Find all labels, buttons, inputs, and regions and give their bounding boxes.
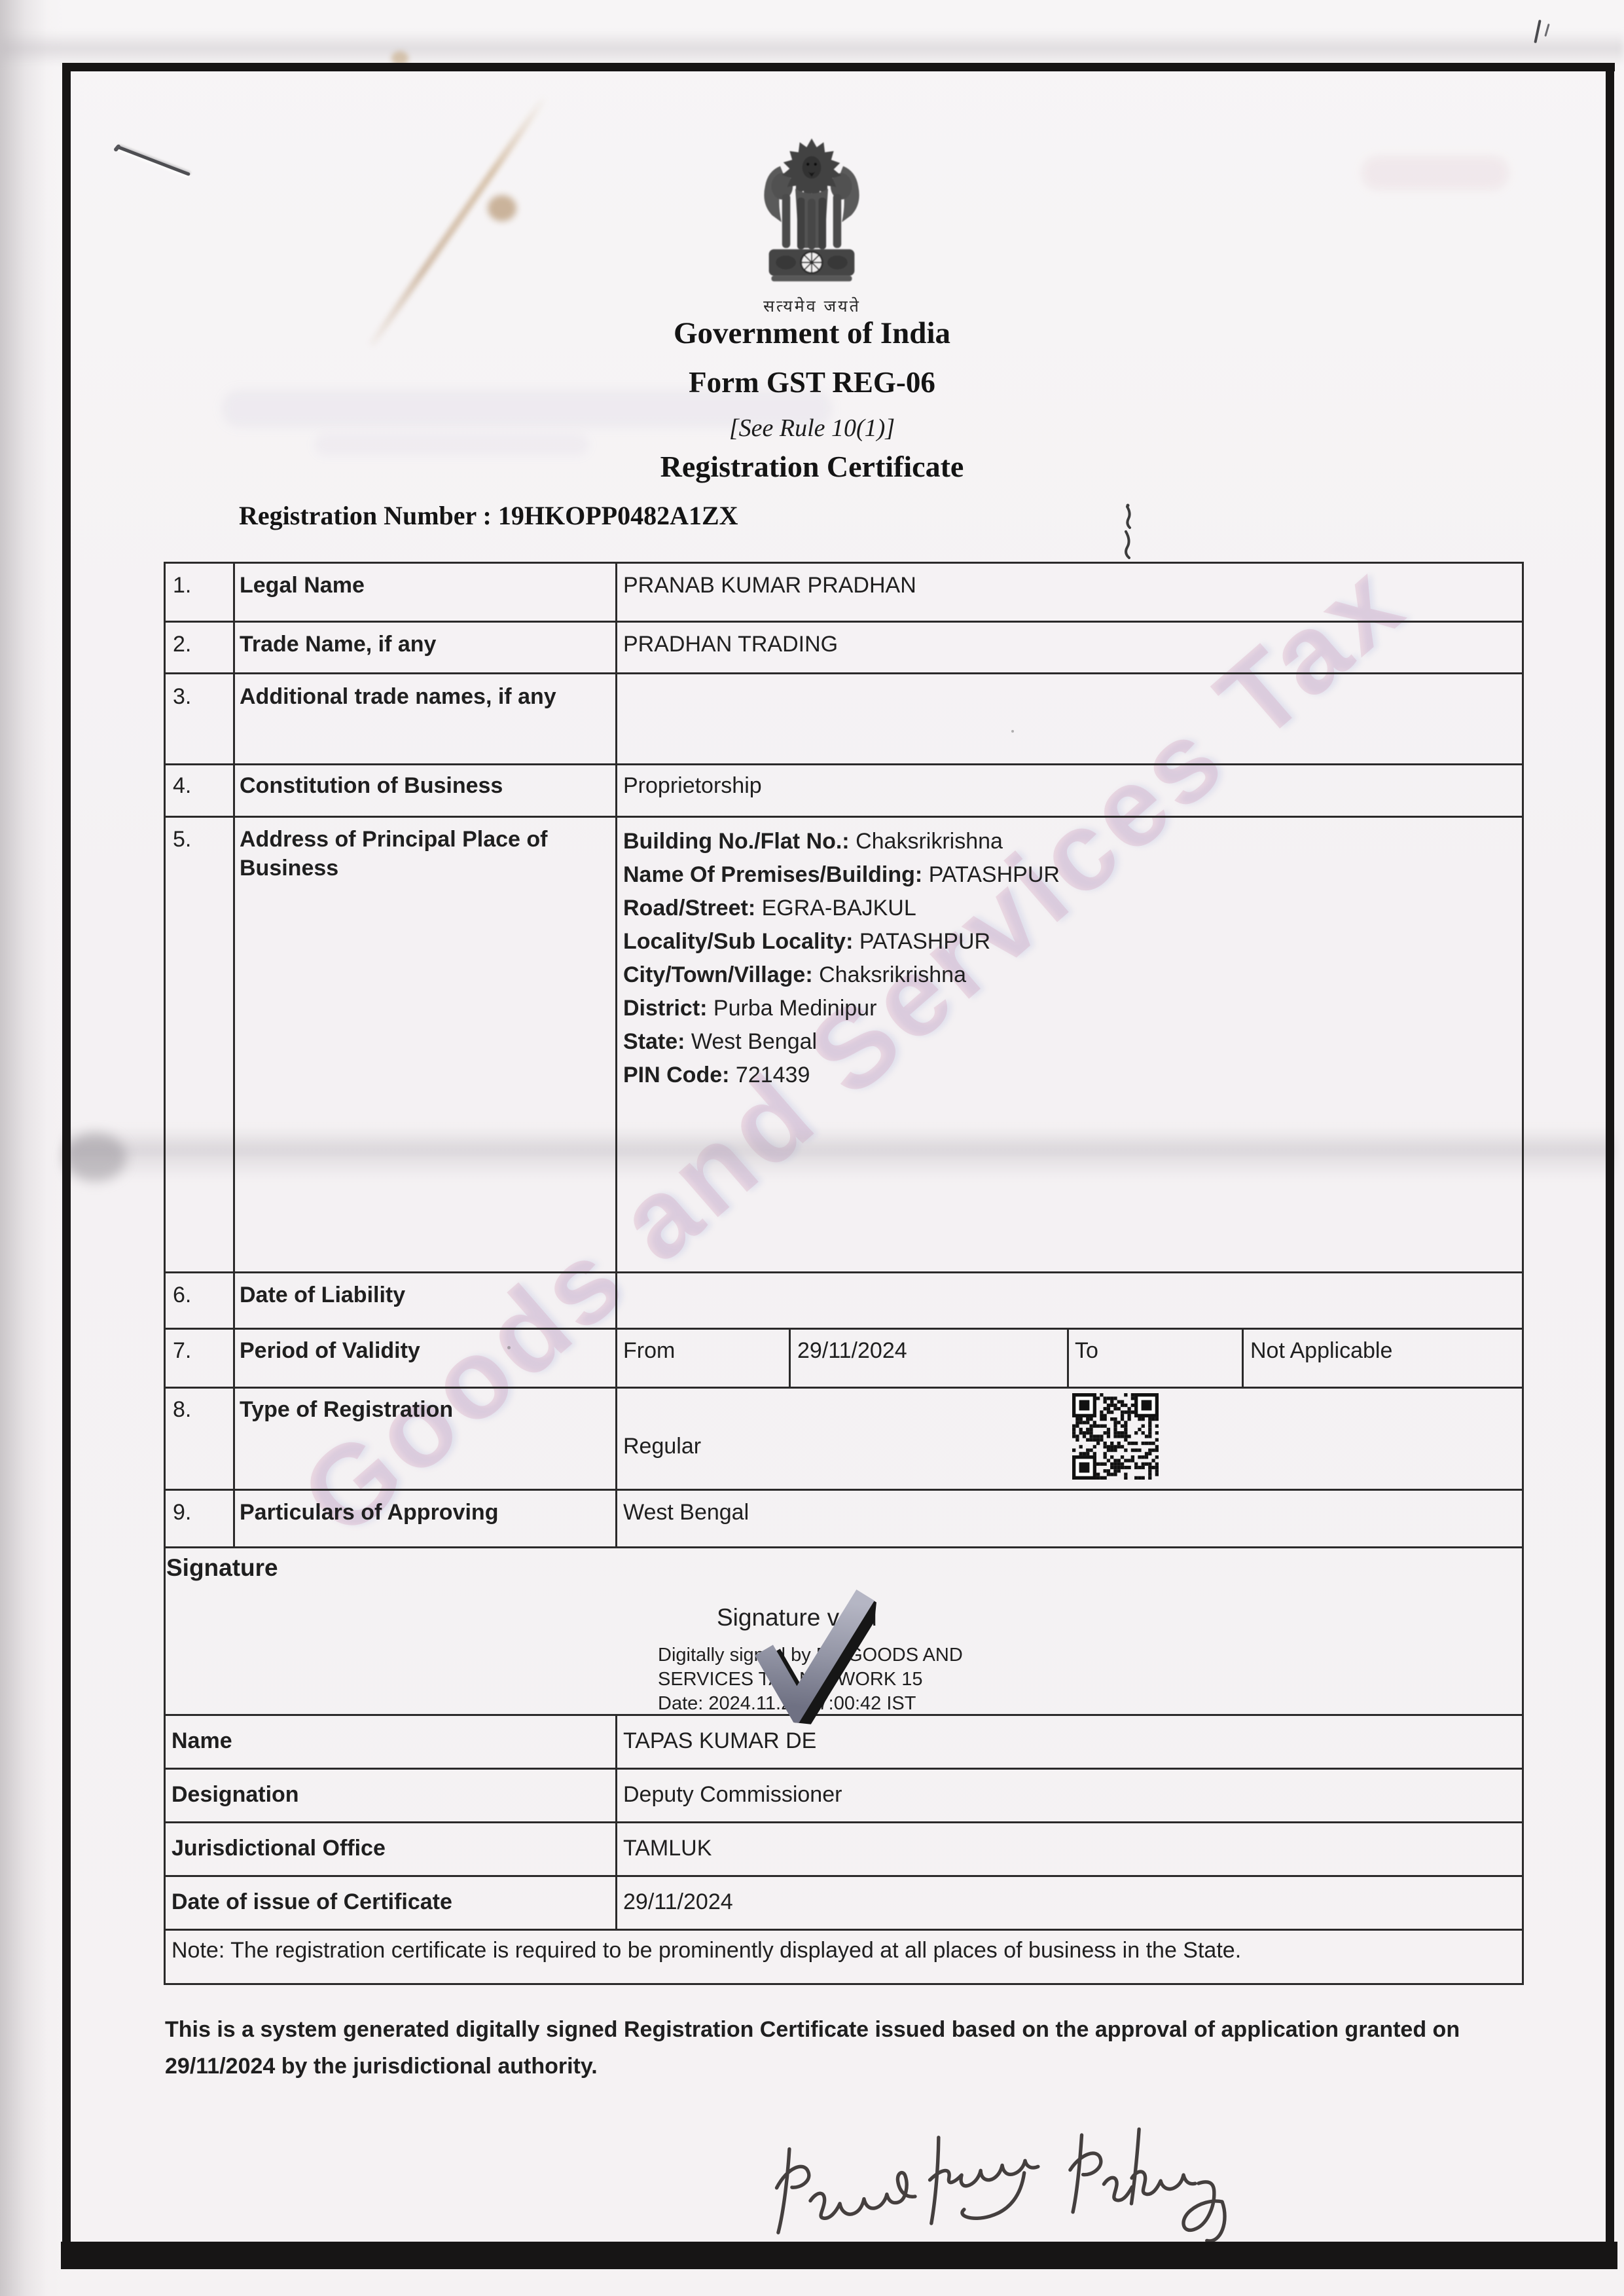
table-border bbox=[164, 1768, 1524, 1770]
registration-number-line: Registration Number : 19HKOPP0482A1ZX bbox=[239, 500, 738, 531]
row-constitution-number: 4. bbox=[173, 771, 219, 800]
note-text: Note: The registration certificate is re… bbox=[171, 1938, 1513, 1963]
frame-bottom-band bbox=[61, 2242, 1617, 2269]
footer-statement: This is a system generated digitally sig… bbox=[165, 2011, 1523, 2085]
row-registration-type-number: 8. bbox=[173, 1395, 219, 1424]
brown-blob-stain bbox=[488, 195, 516, 221]
row-trade-name-label: Trade Name, if any bbox=[240, 630, 606, 659]
validity-to-label: To bbox=[1075, 1336, 1232, 1365]
row-approving-number: 9. bbox=[173, 1498, 219, 1527]
paper-fleck bbox=[1011, 730, 1014, 733]
address-line: Road/Street: EGRA-BAJKUL bbox=[623, 892, 1513, 925]
frame-top-border bbox=[62, 63, 1615, 71]
row-legal-name-label: Legal Name bbox=[240, 571, 606, 600]
row-constitution-value: Proprietorship bbox=[623, 771, 1507, 800]
validity-to-value: Not Applicable bbox=[1250, 1336, 1512, 1365]
row-address-label: Address of Principal Place of Business bbox=[240, 825, 606, 883]
name-value: TAPAS KUMAR DE bbox=[623, 1728, 1507, 1754]
row-constitution-label: Constitution of Business bbox=[240, 771, 606, 800]
table-border bbox=[164, 1929, 1524, 1931]
pen-squiggle-mark bbox=[1114, 503, 1140, 565]
row-trade-name-number: 2. bbox=[173, 630, 219, 659]
row-additional-trade-names-label: Additional trade names, if any bbox=[240, 682, 606, 711]
page-title: Government of India bbox=[0, 316, 1624, 351]
scanned-certificate-page: Goods and Services Tax bbox=[0, 0, 1624, 2296]
address-line: City/Town/Village: Chaksrikrishna bbox=[623, 958, 1513, 992]
jurisdictional-office-label: Jurisdictional Office bbox=[171, 1836, 604, 1861]
table-border bbox=[164, 672, 1524, 674]
table-border bbox=[1242, 1328, 1244, 1387]
table-border bbox=[164, 621, 1524, 623]
table-border bbox=[164, 1546, 1524, 1548]
table-border bbox=[164, 1489, 1524, 1491]
table-border bbox=[164, 1271, 1524, 1273]
row-approving-value: West Bengal bbox=[623, 1498, 1507, 1527]
staple-mark bbox=[117, 145, 190, 176]
frame-left-border bbox=[62, 63, 71, 2243]
registration-number-label: Registration Number : bbox=[239, 501, 492, 530]
certificate-title: Registration Certificate bbox=[0, 449, 1624, 484]
table-border bbox=[164, 1387, 1524, 1389]
table-border bbox=[1067, 1328, 1069, 1387]
table-border bbox=[164, 1875, 1524, 1877]
qr-code bbox=[1072, 1393, 1159, 1480]
fold-crease-blotch bbox=[64, 1133, 126, 1182]
table-border bbox=[164, 562, 166, 1985]
row-date-of-liability-number: 6. bbox=[173, 1281, 219, 1309]
designation-label: Designation bbox=[171, 1782, 604, 1808]
address-line: Locality/Sub Locality: PATASHPUR bbox=[623, 925, 1513, 958]
address-line: Name Of Premises/Building: PATASHPUR bbox=[623, 858, 1513, 892]
registration-number-value: 19HKOPP0482A1ZX bbox=[498, 501, 738, 530]
middle-fold-crease bbox=[63, 1127, 1614, 1180]
table-border bbox=[164, 1983, 1524, 1985]
pink-smudge-top-right bbox=[1362, 156, 1509, 190]
row-additional-trade-names-number: 3. bbox=[173, 682, 219, 711]
table-border bbox=[164, 1328, 1524, 1330]
form-title: Form GST REG-06 bbox=[0, 365, 1624, 399]
emblem-caption: सत्यमेव जयते bbox=[0, 295, 1624, 317]
validity-from-label: From bbox=[623, 1336, 780, 1365]
row-trade-name-value: PRADHAN TRADING bbox=[623, 630, 1507, 659]
table-border bbox=[164, 1821, 1524, 1823]
row-registration-type-label: Type of Registration bbox=[240, 1395, 606, 1424]
table-border bbox=[789, 1328, 791, 1387]
address-line: State: West Bengal bbox=[623, 1025, 1513, 1059]
address-line: Building No./Flat No.: Chaksrikrishna bbox=[623, 825, 1513, 858]
date-of-issue-value: 29/11/2024 bbox=[623, 1889, 1507, 1915]
designation-value: Deputy Commissioner bbox=[623, 1782, 1507, 1808]
validity-from-value: 29/11/2024 bbox=[797, 1336, 1059, 1365]
india-emblem bbox=[742, 130, 881, 297]
address-line: District: Purba Medinipur bbox=[623, 992, 1513, 1025]
jurisdictional-office-value: TAMLUK bbox=[623, 1836, 1507, 1861]
row-validity-number: 7. bbox=[173, 1336, 219, 1365]
rule-reference: [See Rule 10(1)] bbox=[0, 414, 1624, 443]
address-line: PIN Code: 721439 bbox=[623, 1059, 1513, 1092]
table-border bbox=[615, 562, 617, 1546]
row-validity-label: Period of Validity bbox=[240, 1336, 606, 1365]
row-registration-type-value: Regular bbox=[623, 1432, 1016, 1461]
table-border bbox=[233, 562, 235, 1546]
frame-right-border bbox=[1606, 63, 1614, 2243]
row-legal-name-number: 1. bbox=[173, 571, 219, 600]
row-address-number: 5. bbox=[173, 825, 219, 854]
table-border bbox=[164, 763, 1524, 765]
top-crease bbox=[0, 31, 1624, 65]
table-border bbox=[615, 1714, 617, 1929]
table-border bbox=[164, 562, 1524, 564]
row-date-of-liability-label: Date of Liability bbox=[240, 1281, 606, 1309]
name-label: Name bbox=[171, 1728, 604, 1754]
table-border bbox=[164, 816, 1524, 818]
date-of-issue-label: Date of issue of Certificate bbox=[171, 1889, 604, 1915]
signature-valid-check-icon bbox=[742, 1577, 878, 1733]
address-lines: Building No./Flat No.: Chaksrikrishna Na… bbox=[623, 825, 1513, 1092]
table-border bbox=[1522, 562, 1524, 1985]
row-approving-label: Particulars of Approving bbox=[240, 1498, 606, 1527]
row-legal-name-value: PRANAB KUMAR PRADHAN bbox=[623, 571, 1507, 600]
signature-section-label: Signature bbox=[166, 1554, 278, 1582]
